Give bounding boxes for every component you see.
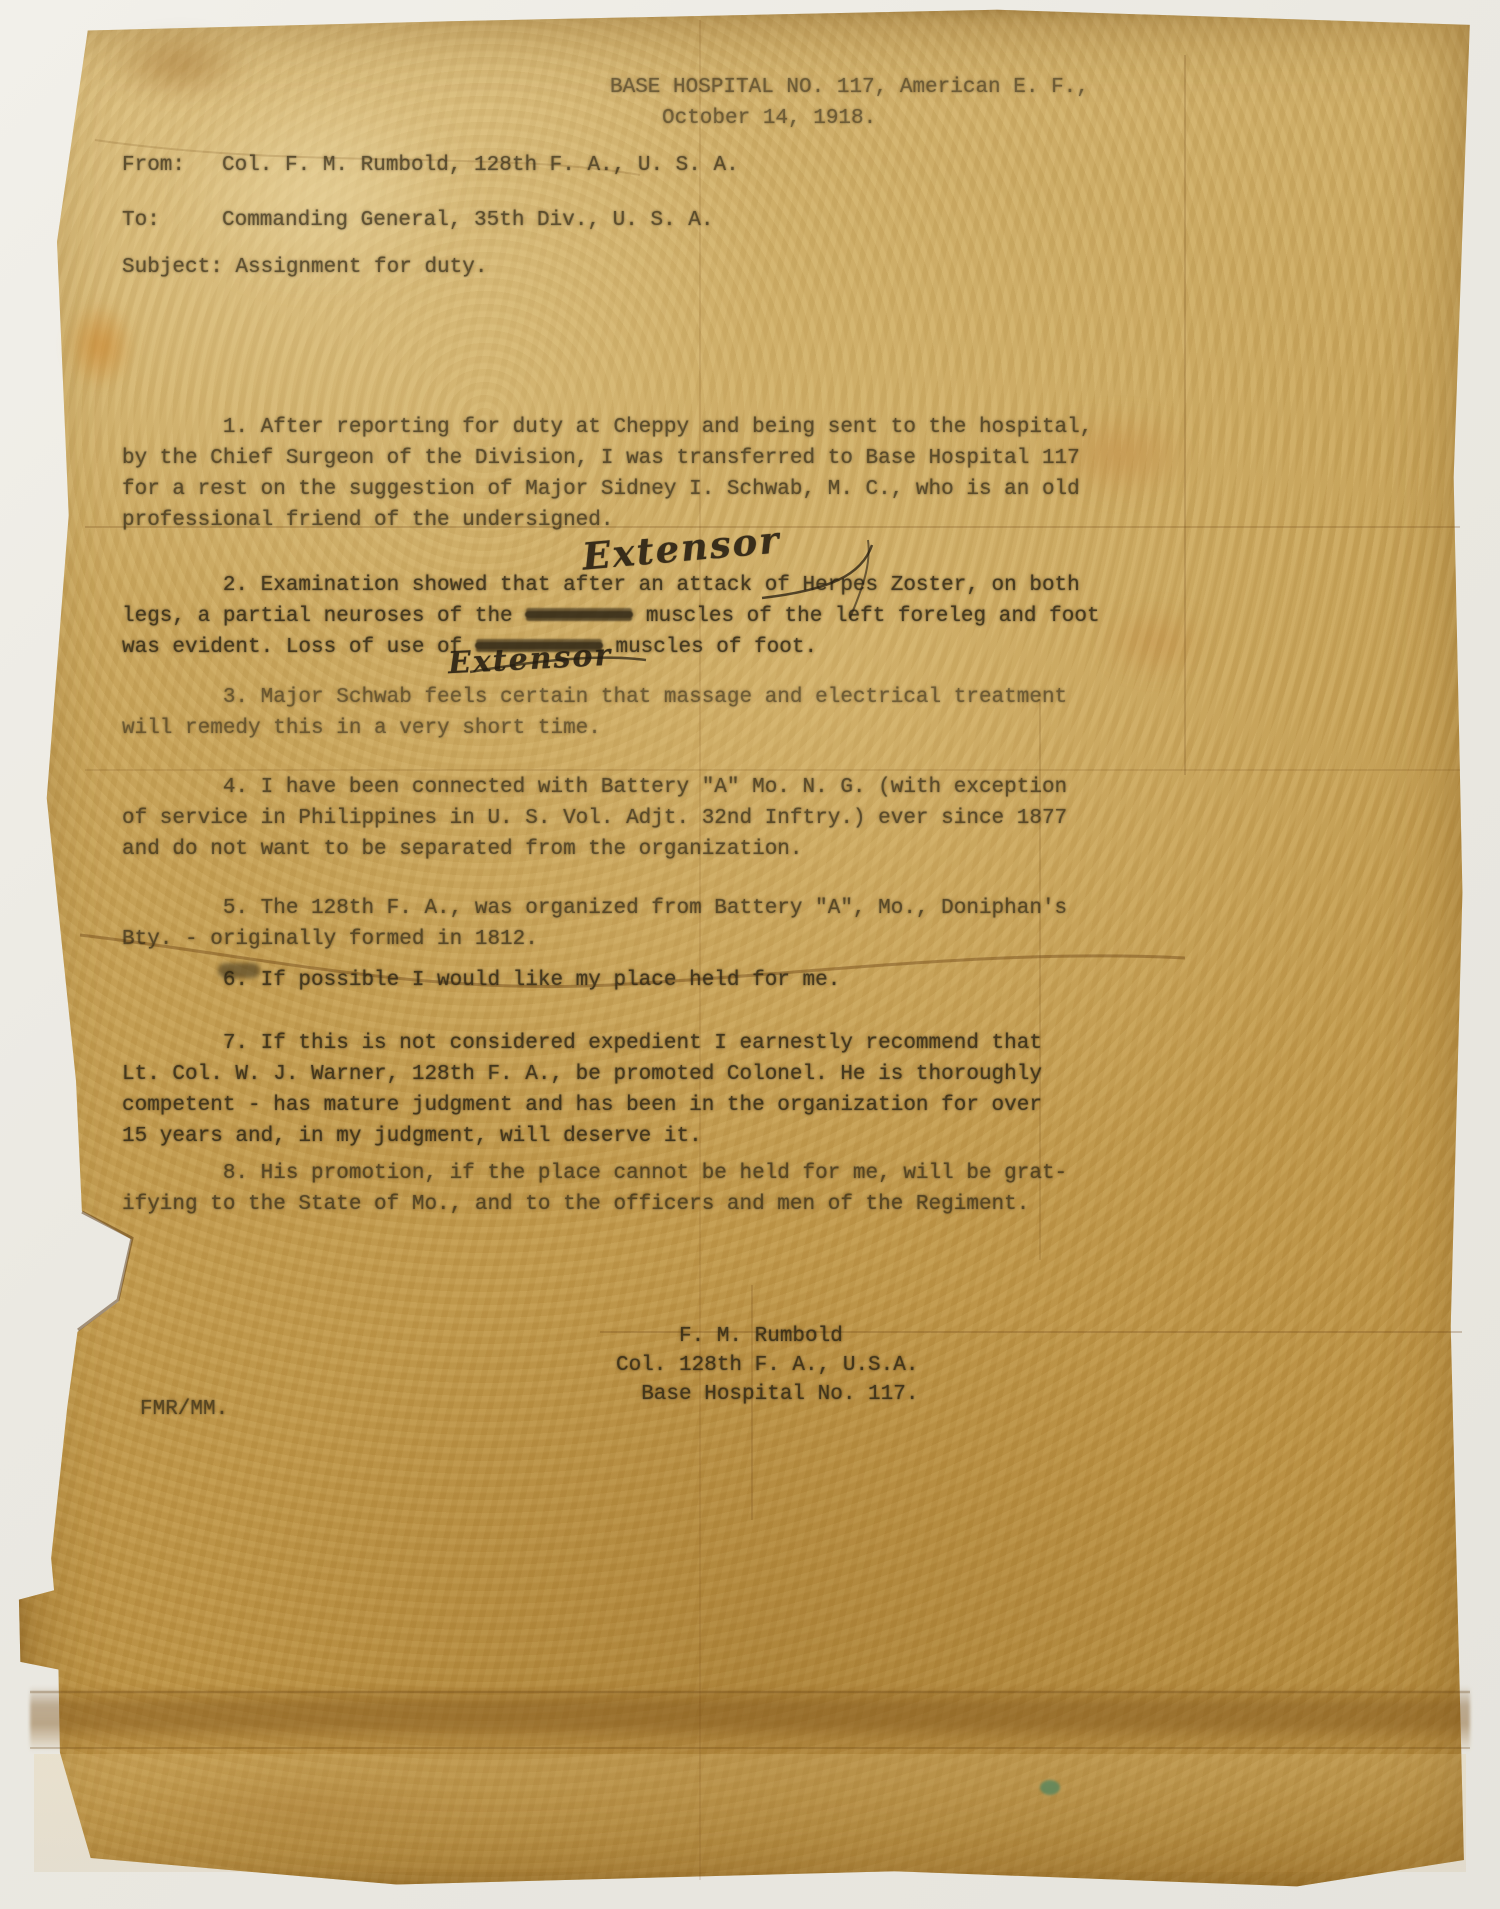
typed-line: 15 years and, in my judgment, will deser… xyxy=(122,1121,1042,1152)
typed-line: FMR/MM. xyxy=(140,1394,228,1425)
typed-line: 8. His promotion, if the place cannot be… xyxy=(122,1158,1067,1189)
typed-line: To:Commanding General, 35th Div., U. S. … xyxy=(122,205,713,236)
paragraph-8: 8. His promotion, if the place cannot be… xyxy=(122,1158,1067,1220)
paragraph-3: 3. Major Schwab feels certain that massa… xyxy=(122,682,1067,744)
typed-line: will remedy this in a very short time. xyxy=(122,713,1067,744)
typed-line: for a rest on the suggestion of Major Si… xyxy=(122,474,1092,505)
typed-line: From:Col. F. M. Rumbold, 128th F. A., U.… xyxy=(122,150,739,181)
typed-line: and do not want to be separated from the… xyxy=(122,834,1067,865)
subject-line: Subject: Assignment for duty. xyxy=(122,252,487,283)
paragraph-5: 5. The 128th F. A., was organized from B… xyxy=(122,893,1067,955)
scanned-letter-page: BASE HOSPITAL NO. 117, American E. F., O… xyxy=(0,0,1500,1909)
signature-rank: Col. 128th F. A., U.S.A. xyxy=(616,1351,918,1380)
to-label: To: xyxy=(122,205,222,236)
typed-line: 4. I have been connected with Battery "A… xyxy=(122,772,1067,803)
typed-line: legs, a partial neuroses of the muscles … xyxy=(122,601,1100,632)
typed-line: ifying to the State of Mo., and to the o… xyxy=(122,1189,1067,1220)
typed-line: Subject: Assignment for duty. xyxy=(122,252,487,283)
typed-line: 7. If this is not considered expedient I… xyxy=(122,1028,1042,1059)
letterhead: BASE HOSPITAL NO. 117, American E. F., xyxy=(610,72,1089,103)
typed-line: of service in Philippines in U. S. Vol. … xyxy=(122,803,1067,834)
typed-line: 5. The 128th F. A., was organized from B… xyxy=(122,893,1067,924)
typed-line: Bty. - originally formed in 1812. xyxy=(122,924,1067,955)
from-line: From:Col. F. M. Rumbold, 128th F. A., U.… xyxy=(122,150,739,181)
paragraph-4: 4. I have been connected with Battery "A… xyxy=(122,772,1067,865)
typed-line: competent - has mature judgment and has … xyxy=(122,1090,1042,1121)
letter-date: October 14, 1918. xyxy=(662,103,876,134)
signature-station: Base Hospital No. 117. xyxy=(616,1380,918,1409)
typist-initials: FMR/MM. xyxy=(140,1394,228,1425)
typed-line: 1. After reporting for duty at Cheppy an… xyxy=(122,412,1092,443)
paragraph-6: 6. If possible I would like my place hel… xyxy=(122,965,840,996)
from-label: From: xyxy=(122,150,222,181)
letterhead-line: BASE HOSPITAL NO. 117, American E. F., xyxy=(610,72,1089,103)
typed-text-layer: BASE HOSPITAL NO. 117, American E. F., O… xyxy=(0,0,1500,1909)
letterhead-line: October 14, 1918. xyxy=(662,103,876,134)
from-value: Col. F. M. Rumbold, 128th F. A., U. S. A… xyxy=(222,154,739,177)
paragraph-1: 1. After reporting for duty at Cheppy an… xyxy=(122,412,1092,536)
typed-line: 3. Major Schwab feels certain that massa… xyxy=(122,682,1067,713)
typed-line: by the Chief Surgeon of the Division, I … xyxy=(122,443,1092,474)
signature-name: F. M. Rumbold xyxy=(616,1322,918,1351)
typed-line: 6. If possible I would like my place hel… xyxy=(122,965,840,996)
paragraph-7: 7. If this is not considered expedient I… xyxy=(122,1028,1042,1152)
scribbled-out-word xyxy=(525,611,633,618)
to-line: To:Commanding General, 35th Div., U. S. … xyxy=(122,205,713,236)
signature-block: F. M. Rumbold Col. 128th F. A., U.S.A. B… xyxy=(616,1322,918,1409)
typed-line: Lt. Col. W. J. Warner, 128th F. A., be p… xyxy=(122,1059,1042,1090)
to-value: Commanding General, 35th Div., U. S. A. xyxy=(222,209,713,232)
